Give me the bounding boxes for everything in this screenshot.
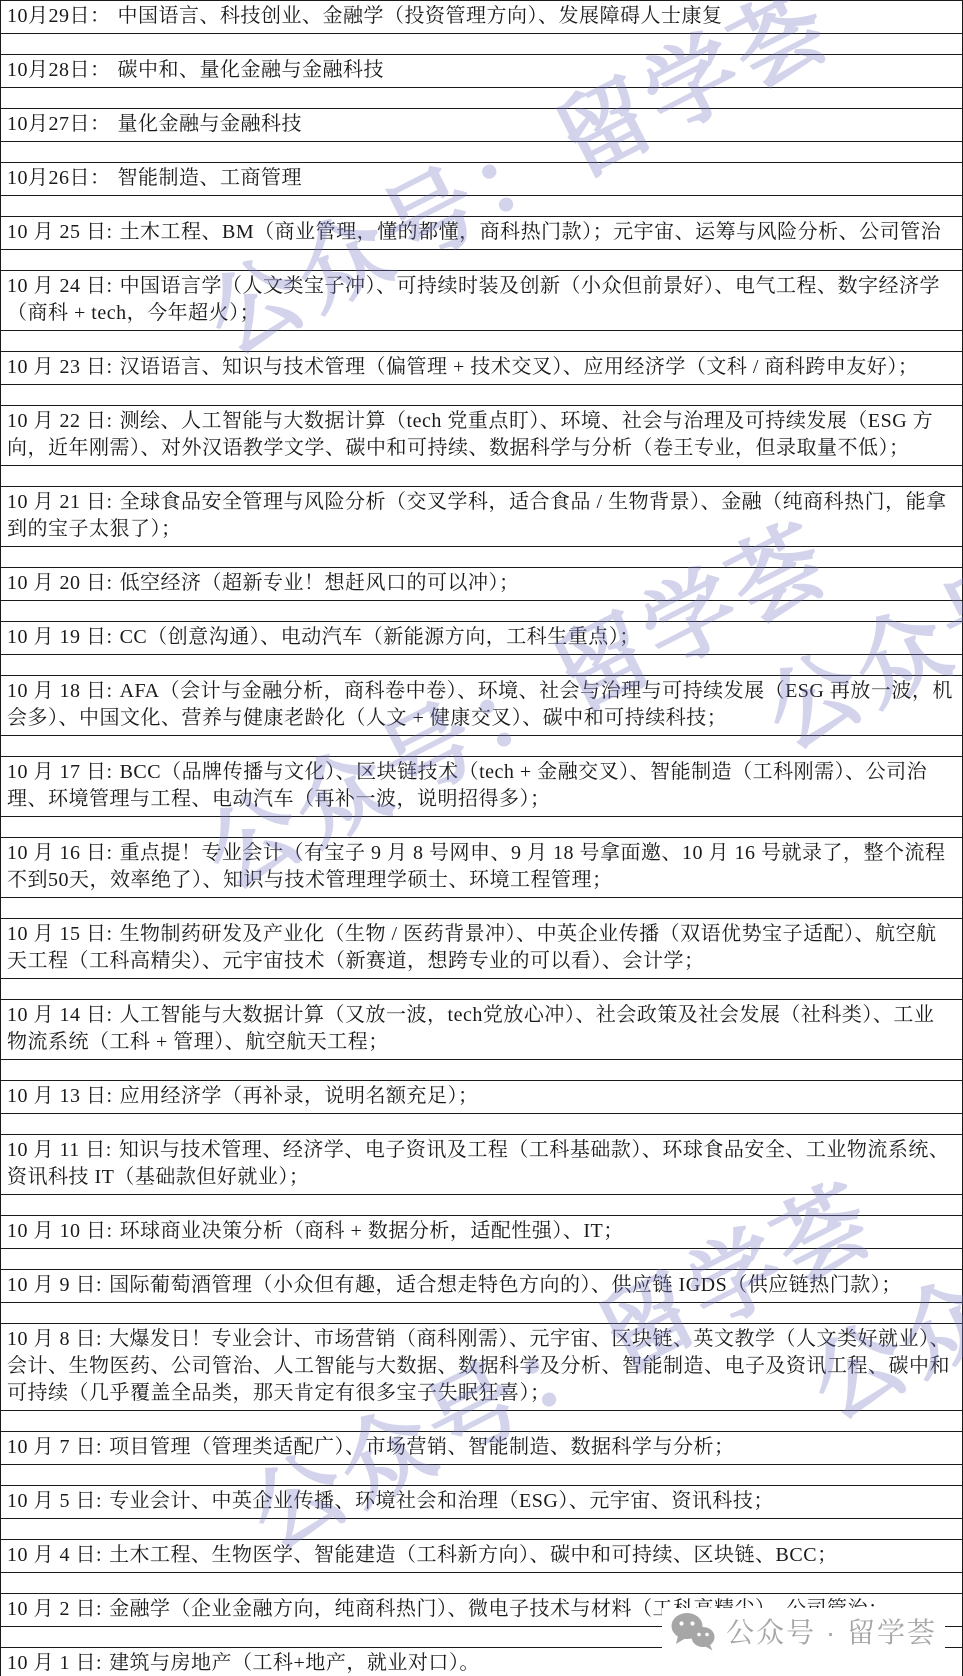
spacer-row bbox=[1, 466, 962, 487]
entry-row: 10 月 24 日:中国语言学（人文类宝子冲）、可持续时装及创新（小众但前景好）… bbox=[1, 271, 962, 331]
entry-date: 10 月 5 日: bbox=[7, 1490, 102, 1512]
spacer-row bbox=[1, 1114, 962, 1135]
wechat-icon bbox=[670, 1611, 716, 1651]
entry-date: 10月28日： bbox=[7, 59, 111, 81]
entry-content: 人工智能与大数据计算（又放一波，tech党放心冲）、社会政策及社会发展（社科类）… bbox=[7, 1004, 934, 1053]
entry-row: 10月29日：中国语言、科技创业、金融学（投资管理方向）、发展障碍人士康复 bbox=[1, 1, 962, 34]
entry-date: 10 月 18 日: bbox=[7, 680, 113, 702]
entry-row: 10 月 4 日:土木工程、生物医学、智能建造（工科新方向）、碳中和可持续、区块… bbox=[1, 1540, 962, 1573]
spacer-row bbox=[1, 547, 962, 568]
entry-date: 10 月 23 日: bbox=[7, 356, 113, 378]
entry-row: 10月26日：智能制造、工商管理 bbox=[1, 163, 962, 196]
entry-date: 10 月 16 日: bbox=[7, 842, 113, 864]
entry-content: 建筑与房地产（工科+地产，就业对口）。 bbox=[109, 1652, 480, 1674]
spacer-row bbox=[1, 1303, 962, 1324]
spacer-row bbox=[1, 1249, 962, 1270]
spacer-row bbox=[1, 601, 962, 622]
entry-content: 专业会计、中英企业传播、环境社会和治理（ESG）、元宇宙、资讯科技； bbox=[109, 1490, 774, 1512]
entry-content: 中国语言学（人文类宝子冲）、可持续时装及创新（小众但前景好）、电气工程、数字经济… bbox=[7, 275, 940, 324]
entry-date: 10月26日： bbox=[7, 167, 111, 189]
entry-row: 10月27日：量化金融与金融科技 bbox=[1, 109, 962, 142]
entry-content: 国际葡萄酒管理（小众但有趣，适合想走特色方向的）、供应链 IGDS（供应链热门款… bbox=[109, 1274, 902, 1296]
entry-row: 10 月 10 日:环球商业决策分析（商科 + 数据分析，适配性强）、IT； bbox=[1, 1216, 962, 1249]
entry-content: BCC（品牌传播与文化）、区块链技术（tech + 金融交叉）、智能制造（工科刚… bbox=[7, 761, 927, 810]
entry-content: 智能制造、工商管理 bbox=[118, 167, 303, 189]
page-root: 10月29日：中国语言、科技创业、金融学（投资管理方向）、发展障碍人士康复10月… bbox=[0, 0, 963, 1676]
entry-row: 10 月 9 日:国际葡萄酒管理（小众但有趣，适合想走特色方向的）、供应链 IG… bbox=[1, 1270, 962, 1303]
entry-date: 10 月 25 日: bbox=[7, 221, 113, 243]
spacer-row bbox=[1, 34, 962, 55]
entry-content: CC（创意沟通）、电动汽车（新能源方向，工科生重点）； bbox=[120, 626, 640, 648]
entry-row: 10 月 20 日:低空经济（超新专业！想赶风口的可以冲）； bbox=[1, 568, 962, 601]
entry-date: 10 月 17 日: bbox=[7, 761, 113, 783]
entry-date: 10 月 10 日: bbox=[7, 1220, 113, 1242]
entry-date: 10 月 11 日: bbox=[7, 1139, 112, 1161]
entry-date: 10 月 14 日: bbox=[7, 1004, 113, 1026]
schedule-table: 10月29日：中国语言、科技创业、金融学（投资管理方向）、发展障碍人士康复10月… bbox=[0, 0, 963, 1676]
entry-content: 重点提！专业会计（有宝子 9 月 8 号网申、9 月 18 号拿面邀、10 月 … bbox=[7, 842, 946, 891]
entry-date: 10 月 21 日: bbox=[7, 491, 113, 513]
spacer-row bbox=[1, 898, 962, 919]
spacer-row bbox=[1, 142, 962, 163]
wechat-account-badge: 公众号 · 留学荟 bbox=[662, 1608, 945, 1654]
entry-content: 生物制药研发及产业化（生物 / 医药背景冲）、中英企业传播（双语优势宝子适配）、… bbox=[7, 923, 937, 972]
entry-content: 量化金融与金融科技 bbox=[118, 113, 303, 135]
entry-row: 10 月 17 日:BCC（品牌传播与文化）、区块链技术（tech + 金融交叉… bbox=[1, 757, 962, 817]
entry-date: 10 月 2 日: bbox=[7, 1598, 102, 1620]
entry-content: 应用经济学（再补录，说明名额充足）； bbox=[120, 1085, 479, 1107]
entry-date: 10 月 9 日: bbox=[7, 1274, 102, 1296]
spacer-row bbox=[1, 1411, 962, 1432]
entry-date: 10 月 8 日: bbox=[7, 1328, 102, 1350]
entry-row: 10 月 11 日:知识与技术管理、经济学、电子资讯及工程（工科基础款）、环球食… bbox=[1, 1135, 962, 1195]
entry-date: 10 月 4 日: bbox=[7, 1544, 102, 1566]
spacer-row bbox=[1, 1195, 962, 1216]
entry-content: 中国语言、科技创业、金融学（投资管理方向）、发展障碍人士康复 bbox=[118, 5, 723, 27]
entry-content: 环球商业决策分析（商科 + 数据分析，适配性强）、IT； bbox=[120, 1220, 624, 1242]
entry-content: 汉语语言、知识与技术管理（偏管理 + 技术交叉）、应用经济学（文科 / 商科跨申… bbox=[120, 356, 919, 378]
entry-date: 10 月 7 日: bbox=[7, 1436, 102, 1458]
entry-row: 10 月 19 日:CC（创意沟通）、电动汽车（新能源方向，工科生重点）； bbox=[1, 622, 962, 655]
entry-content: 大爆发日！专业会计、市场营销（商科刚需）、元宇宙、区块链、英文教学（人文类好就业… bbox=[7, 1328, 950, 1404]
spacer-row bbox=[1, 331, 962, 352]
entry-row: 10 月 21 日:全球食品安全管理与风险分析（交叉学科，适合食品 / 生物背景… bbox=[1, 487, 962, 547]
entry-row: 10 月 7 日:项目管理（管理类适配广）、市场营销、智能制造、数据科学与分析； bbox=[1, 1432, 962, 1465]
spacer-row bbox=[1, 1519, 962, 1540]
entry-row: 10 月 18 日:AFA（会计与金融分析，商科卷中卷）、环境、社会与治理与可持… bbox=[1, 676, 962, 736]
entry-content: 碳中和、量化金融与金融科技 bbox=[118, 59, 385, 81]
entry-date: 10月27日： bbox=[7, 113, 111, 135]
spacer-row bbox=[1, 196, 962, 217]
spacer-row bbox=[1, 979, 962, 1000]
entry-row: 10 月 22 日:测绘、人工智能与大数据计算（tech 党重点盯）、环境、社会… bbox=[1, 406, 962, 466]
entry-content: 测绘、人工智能与大数据计算（tech 党重点盯）、环境、社会与治理及可持续发展（… bbox=[7, 410, 933, 459]
entry-content: 低空经济（超新专业！想赶风口的可以冲）； bbox=[120, 572, 520, 594]
entry-row: 10 月 8 日:大爆发日！专业会计、市场营销（商科刚需）、元宇宙、区块链、英文… bbox=[1, 1324, 962, 1411]
entry-content: AFA（会计与金融分析，商科卷中卷）、环境、社会与治理与可持续发展（ESG 再放… bbox=[7, 680, 953, 729]
badge-text: 公众号 · 留学荟 bbox=[726, 1611, 937, 1651]
entry-date: 10 月 15 日: bbox=[7, 923, 113, 945]
entry-date: 10月29日： bbox=[7, 5, 111, 27]
spacer-row bbox=[1, 250, 962, 271]
spacer-row bbox=[1, 1573, 962, 1594]
spacer-row bbox=[1, 1060, 962, 1081]
spacer-row bbox=[1, 385, 962, 406]
entry-content: 知识与技术管理、经济学、电子资讯及工程（工科基础款）、环球食品安全、工业物流系统… bbox=[7, 1139, 949, 1188]
entry-row: 10 月 15 日:生物制药研发及产业化（生物 / 医药背景冲）、中英企业传播（… bbox=[1, 919, 962, 979]
entry-date: 10 月 24 日: bbox=[7, 275, 113, 297]
entry-content: 土木工程、生物医学、智能建造（工科新方向）、碳中和可持续、区块链、BCC； bbox=[109, 1544, 838, 1566]
entry-row: 10 月 5 日:专业会计、中英企业传播、环境社会和治理（ESG）、元宇宙、资讯… bbox=[1, 1486, 962, 1519]
entry-date: 10 月 20 日: bbox=[7, 572, 113, 594]
entry-date: 10 月 22 日: bbox=[7, 410, 113, 432]
entry-row: 10 月 13 日:应用经济学（再补录，说明名额充足）； bbox=[1, 1081, 962, 1114]
entry-content: 项目管理（管理类适配广）、市场营销、智能制造、数据科学与分析； bbox=[109, 1436, 735, 1458]
entry-date: 10 月 1 日: bbox=[7, 1652, 102, 1674]
entry-row: 10 月 16 日:重点提！专业会计（有宝子 9 月 8 号网申、9 月 18 … bbox=[1, 838, 962, 898]
entry-content: 土木工程、BM（商业管理，懂的都懂，商科热门款）；元宇宙、运筹与风险分析、公司管… bbox=[120, 221, 942, 243]
entry-date: 10 月 13 日: bbox=[7, 1085, 113, 1107]
entry-content: 全球食品安全管理与风险分析（交叉学科，适合食品 / 生物背景）、金融（纯商科热门… bbox=[7, 491, 947, 540]
spacer-row bbox=[1, 1465, 962, 1486]
entry-row: 10 月 23 日:汉语语言、知识与技术管理（偏管理 + 技术交叉）、应用经济学… bbox=[1, 352, 962, 385]
entry-row: 10月28日：碳中和、量化金融与金融科技 bbox=[1, 55, 962, 88]
spacer-row bbox=[1, 88, 962, 109]
spacer-row bbox=[1, 736, 962, 757]
entry-row: 10 月 25 日:土木工程、BM（商业管理，懂的都懂，商科热门款）；元宇宙、运… bbox=[1, 217, 962, 250]
spacer-row bbox=[1, 817, 962, 838]
spacer-row bbox=[1, 655, 962, 676]
entry-row: 10 月 14 日:人工智能与大数据计算（又放一波，tech党放心冲）、社会政策… bbox=[1, 1000, 962, 1060]
entry-date: 10 月 19 日: bbox=[7, 626, 113, 648]
